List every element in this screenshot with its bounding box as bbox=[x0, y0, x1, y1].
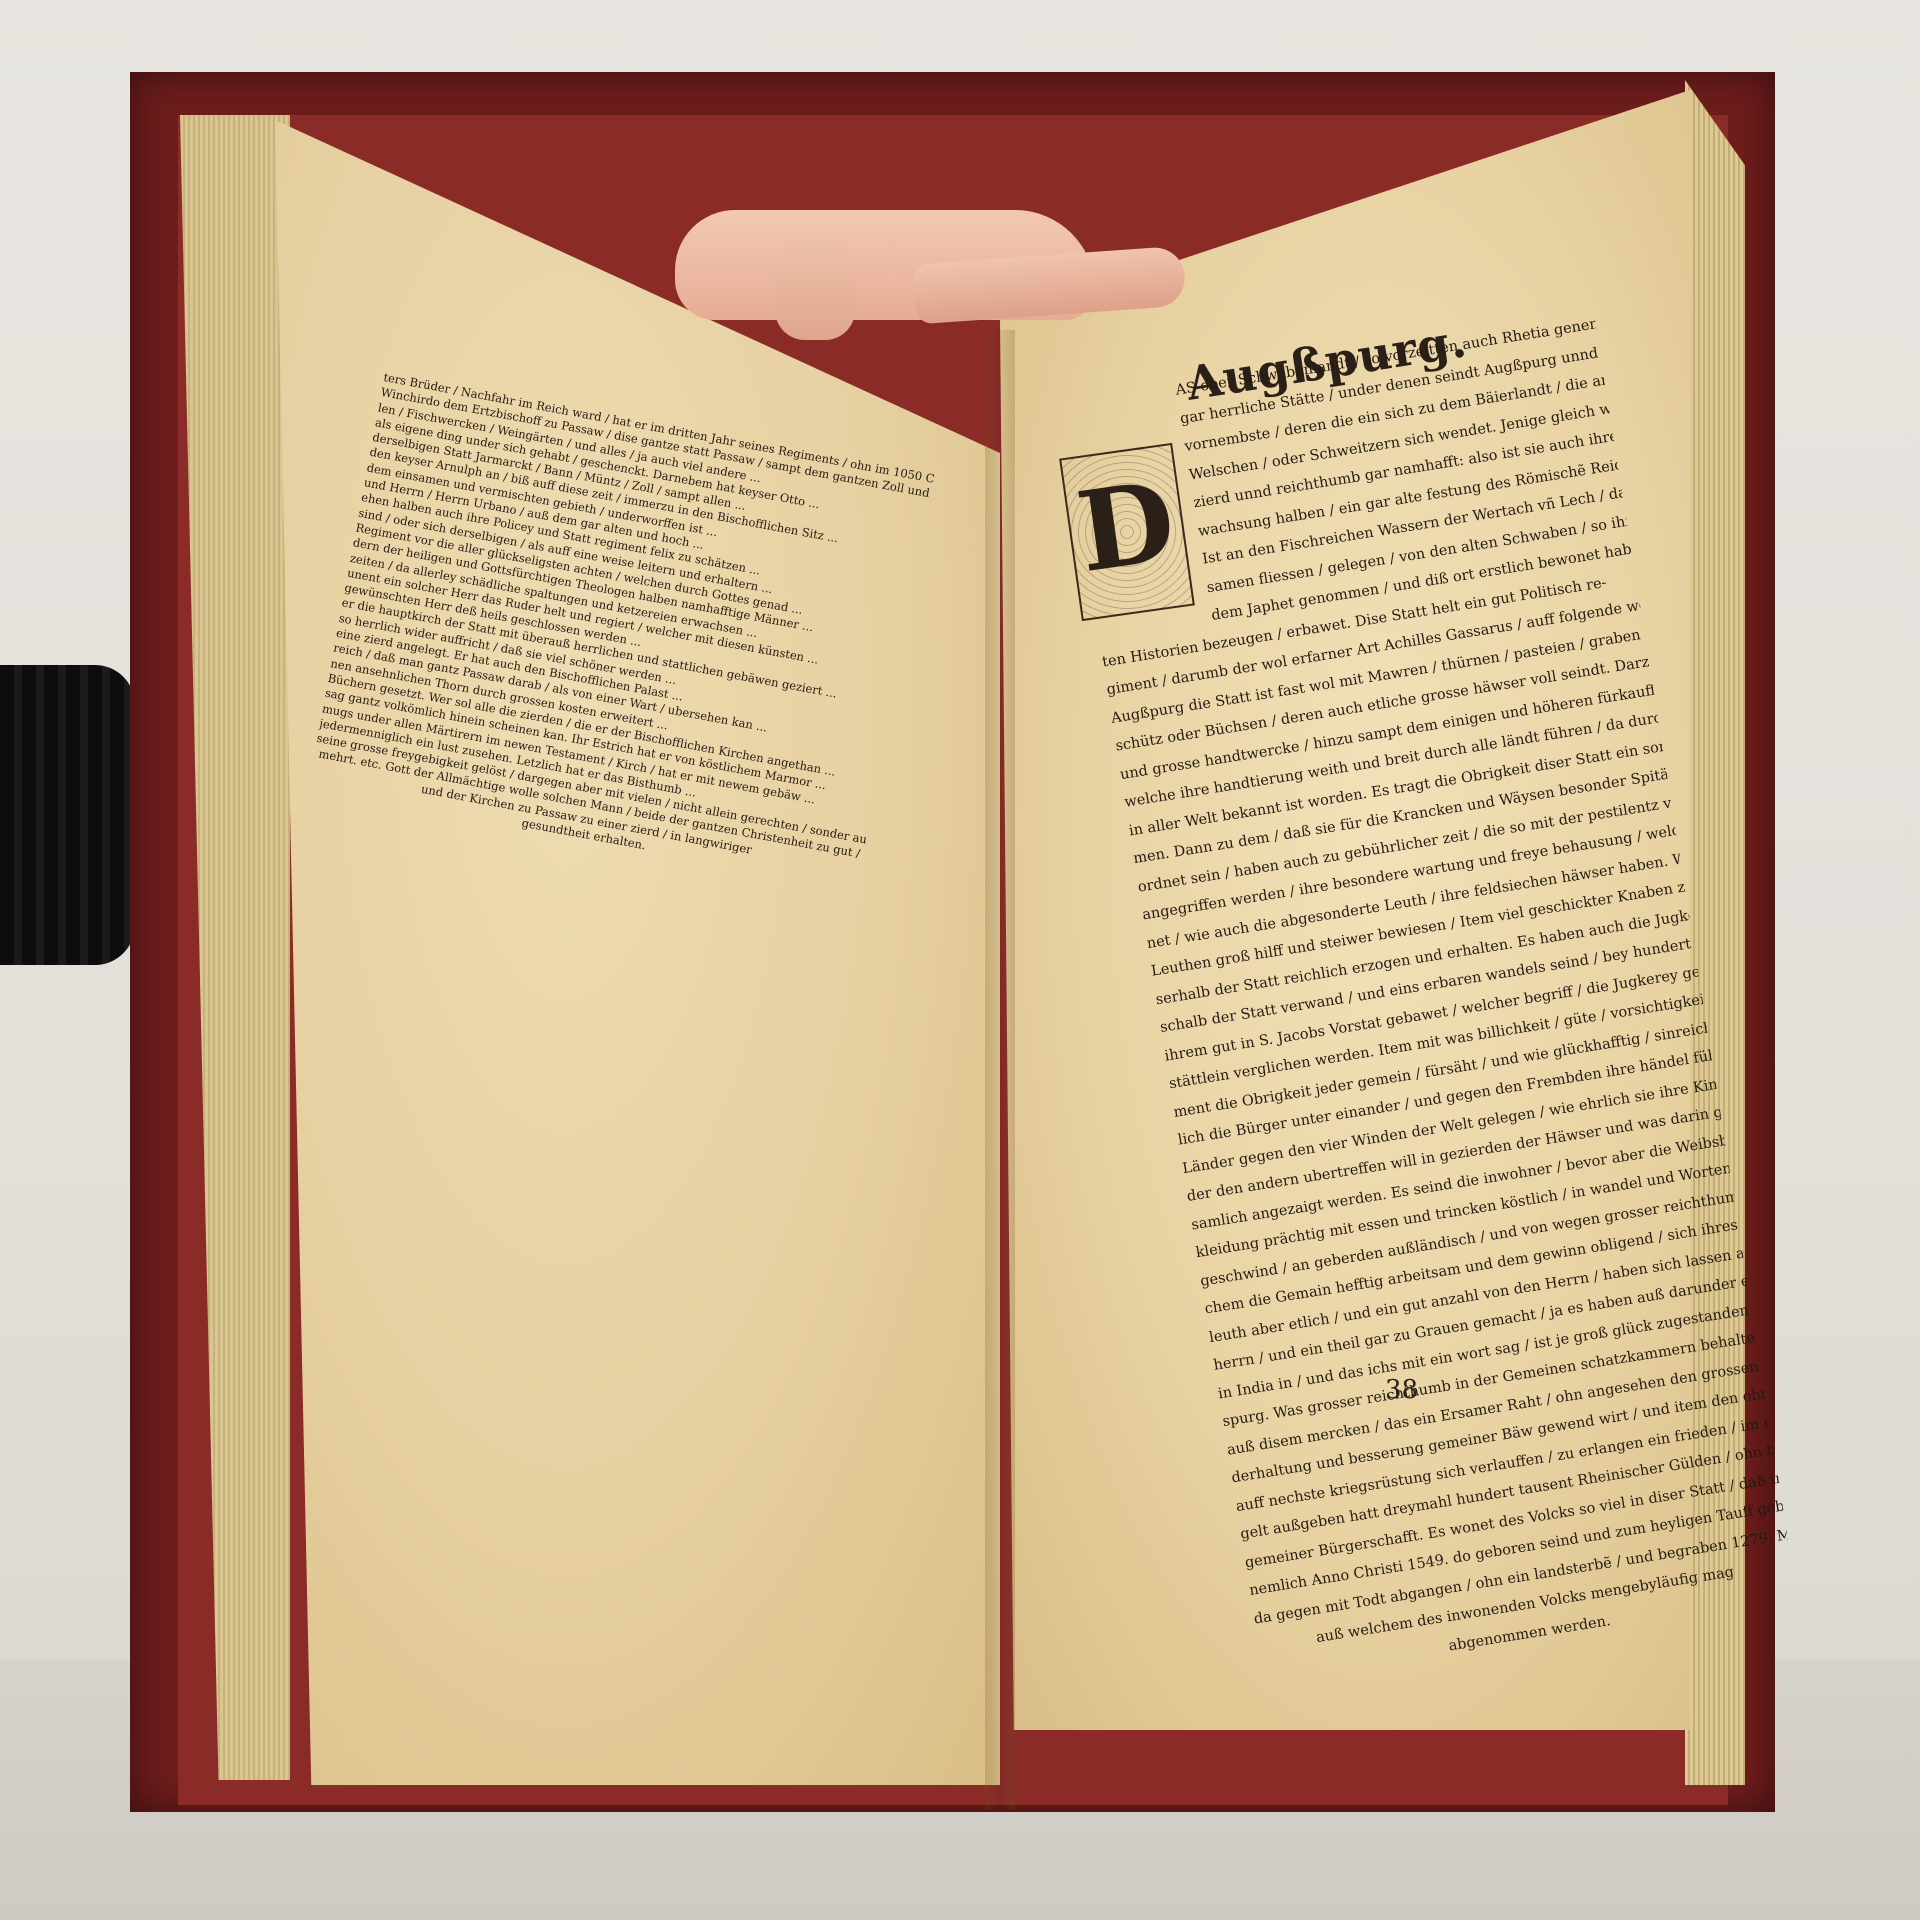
book-gutter bbox=[985, 330, 1015, 1810]
page-number: 38 bbox=[1385, 1375, 1418, 1405]
hand-holding-page bbox=[675, 200, 1185, 340]
black-sleeve-arm bbox=[0, 665, 135, 965]
hand-thumb bbox=[775, 240, 855, 340]
